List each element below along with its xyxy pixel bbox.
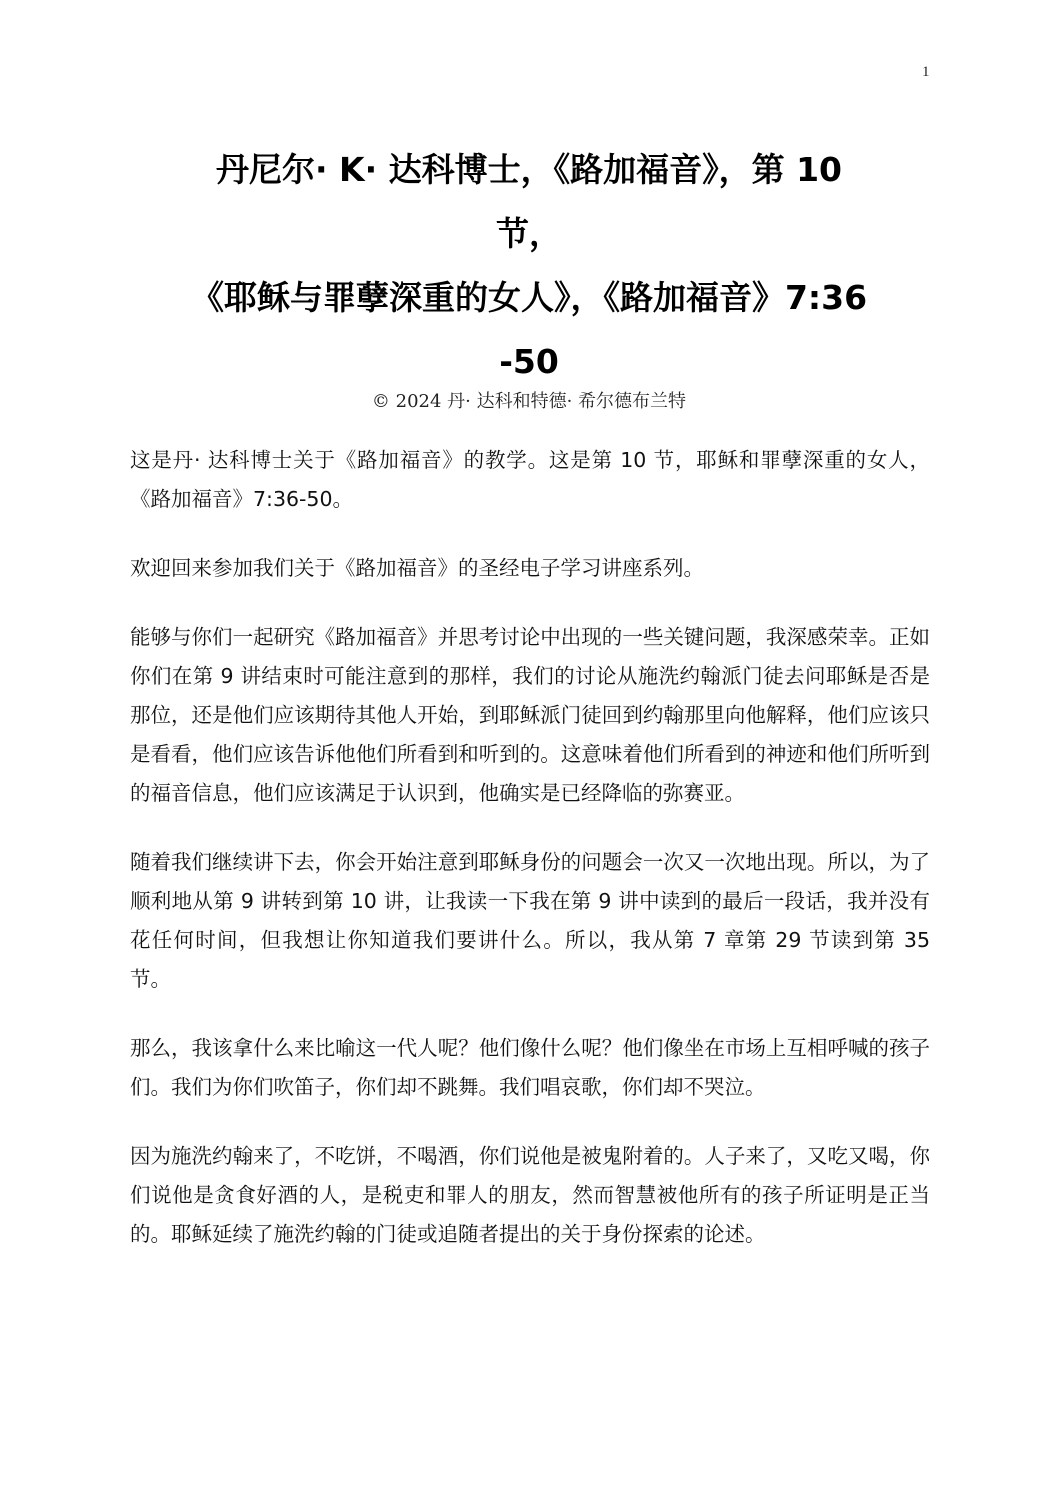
paragraph-welcome: 欢迎回来参加我们关于《路加福音》的圣经电子学习讲座系列。 [130,549,930,588]
title-line-1: 丹尼尔· K· 达科博士，《路加福音》，第 10 [130,138,928,202]
paragraph-recap: 能够与你们一起研究《路加福音》并思考讨论中出现的一些关键问题，我深感荣幸。正如你… [130,618,930,813]
paragraph-transition: 随着我们继续讲下去，你会开始注意到耶稣身份的问题会一次又一次地出现。所以，为了顺… [130,843,930,999]
paragraph-intro: 这是丹· 达科博士关于《路加福音》的教学。这是第 10 节，耶稣和罪孽深重的女人… [130,441,930,519]
document-title-block: 丹尼尔· K· 达科博士，《路加福音》，第 10 节， 《耶稣与罪孽深重的女人》… [130,138,928,416]
page-number: 1 [922,64,930,81]
title-line-2: 节， [130,202,928,266]
copyright-notice: © 2024 丹· 达科和特德· 希尔德布兰特 [130,388,928,416]
document-body: 这是丹· 达科博士关于《路加福音》的教学。这是第 10 节，耶稣和罪孽深重的女人… [130,441,930,1284]
paragraph-scripture-quote-2: 因为施洗约翰来了，不吃饼，不喝酒，你们说他是被鬼附着的。人子来了，又吃又喝，你们… [130,1137,930,1254]
title-line-3: 《耶稣与罪孽深重的女人》，《路加福音》7:36 [130,266,928,330]
title-line-4: -50 [130,330,928,394]
paragraph-scripture-quote-1: 那么，我该拿什么来比喻这一代人呢？他们像什么呢？他们像坐在市场上互相呼喊的孩子们… [130,1029,930,1107]
